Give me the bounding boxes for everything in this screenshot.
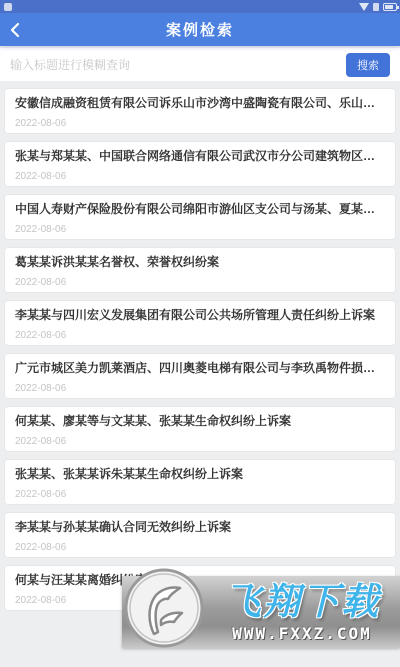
case-date: 2022-08-06 — [15, 436, 385, 448]
case-date: 2022-08-06 — [15, 330, 385, 342]
watermark-texts: 飞翔下载 WWW.FXXZ.COM — [204, 576, 400, 648]
watermark-url: WWW.FXXZ.COM — [232, 624, 372, 643]
app-screen: 案例检索 搜索 安徽信成融资租赁有限公司诉乐山市沙湾中盛陶瓷有限公司、乐山市… … — [0, 0, 400, 667]
case-date: 2022-08-06 — [15, 489, 385, 501]
case-card[interactable]: 中国人寿财产保险股份有限公司绵阳市游仙区支公司与汤某、夏某某… 2022-08-… — [4, 194, 396, 240]
case-date: 2022-08-06 — [15, 277, 385, 289]
case-card[interactable]: 何某某、廖某等与文某某、张某某生命权纠纷上诉案 2022-08-06 — [4, 406, 396, 452]
battery-icon — [383, 3, 397, 11]
search-button[interactable]: 搜索 — [346, 53, 390, 77]
case-date: 2022-08-06 — [15, 224, 385, 236]
wifi-icon — [359, 3, 369, 11]
case-title: 安徽信成融资租赁有限公司诉乐山市沙湾中盛陶瓷有限公司、乐山市… — [15, 95, 385, 111]
case-title: 张某与郑某某、中国联合网络通信有限公司武汉市分公司建筑物区分… — [15, 148, 385, 164]
case-card[interactable]: 张某与郑某某、中国联合网络通信有限公司武汉市分公司建筑物区分… 2022-08-… — [4, 141, 396, 187]
case-card[interactable]: 李某某与孙某某确认合同无效纠纷上诉案 2022-08-06 — [4, 512, 396, 558]
case-title: 中国人寿财产保险股份有限公司绵阳市游仙区支公司与汤某、夏某某… — [15, 201, 385, 217]
back-button[interactable] — [10, 13, 40, 46]
case-date: 2022-08-06 — [15, 542, 385, 554]
header: 案例检索 — [0, 13, 400, 46]
case-card[interactable]: 张某某、张某某诉朱某某生命权纠纷上诉案 2022-08-06 — [4, 459, 396, 505]
case-card[interactable]: 安徽信成融资租赁有限公司诉乐山市沙湾中盛陶瓷有限公司、乐山市… 2022-08-… — [4, 88, 396, 134]
fxxz-logo-icon — [124, 568, 204, 648]
sim-icon — [373, 3, 379, 11]
case-title: 李某某与四川宏义发展集团有限公司公共场所管理人责任纠纷上诉案 — [15, 307, 385, 323]
case-title: 李某某与孙某某确认合同无效纠纷上诉案 — [15, 519, 385, 535]
case-title: 葛某某诉洪某某名誉权、荣誉权纠纷案 — [15, 254, 385, 270]
case-date: 2022-08-06 — [15, 118, 385, 130]
notification-icon — [4, 3, 12, 11]
case-list: 安徽信成融资租赁有限公司诉乐山市沙湾中盛陶瓷有限公司、乐山市… 2022-08-… — [0, 88, 400, 618]
search-bar: 搜索 — [0, 48, 400, 82]
fxxz-watermark: 飞翔下载 WWW.FXXZ.COM — [122, 576, 400, 648]
case-date: 2022-08-06 — [15, 171, 385, 183]
status-bar-icons — [359, 0, 397, 13]
case-title: 何某某、廖某等与文某某、张某某生命权纠纷上诉案 — [15, 413, 385, 429]
search-input[interactable] — [10, 58, 346, 72]
case-date: 2022-08-06 — [15, 383, 385, 395]
case-card[interactable]: 广元市城区美力凯莱酒店、四川奥菱电梯有限公司与李玖禹物件损害… 2022-08-… — [4, 353, 396, 399]
status-bar — [0, 0, 400, 13]
case-title: 广元市城区美力凯莱酒店、四川奥菱电梯有限公司与李玖禹物件损害… — [15, 360, 385, 376]
case-title: 张某某、张某某诉朱某某生命权纠纷上诉案 — [15, 466, 385, 482]
page-title: 案例检索 — [166, 19, 234, 40]
chevron-left-icon — [10, 22, 20, 38]
watermark-brand: 飞翔下载 — [224, 582, 380, 622]
case-card[interactable]: 葛某某诉洪某某名誉权、荣誉权纠纷案 2022-08-06 — [4, 247, 396, 293]
case-card[interactable]: 李某某与四川宏义发展集团有限公司公共场所管理人责任纠纷上诉案 2022-08-0… — [4, 300, 396, 346]
